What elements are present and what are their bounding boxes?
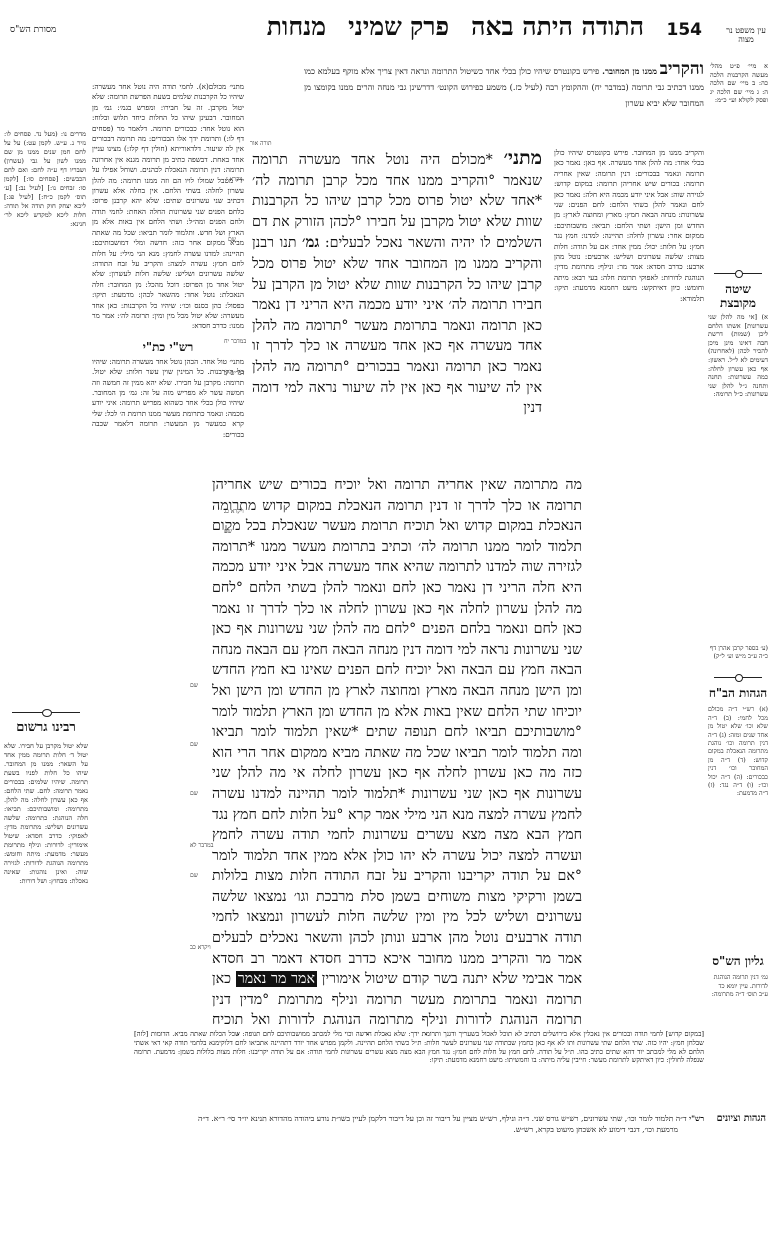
gemara-marker: גמ׳ <box>302 233 319 251</box>
ornament-divider <box>714 674 762 682</box>
margin-reference: שם <box>224 528 232 535</box>
gemara-text-1: תנו רבנן והקריב ממנו מן המחובר אחד שלא י… <box>252 235 542 416</box>
mishnah-marker: מתני׳ <box>504 148 542 169</box>
chapter-ordinal: שמיני <box>348 12 402 41</box>
rabbeinu-gershom: רבינו גרשום שלא יטול מקרבן על חבירו. שלא… <box>4 705 88 1085</box>
hagahot-habach: הגהות הב"ח (א) רש״י ד״ה מכולם מכל לחמי: … <box>708 670 768 890</box>
gilyon-text: גמ׳ דנין תרומה הנוהגת לדורות. עיין יומא … <box>708 974 768 999</box>
masoret-hashas-label: מסורת הש"ס <box>10 24 56 35</box>
footer-rashi-label: רש"י <box>689 1114 704 1123</box>
chapter-name: התודה היתה באה <box>471 12 644 41</box>
ein-mishpat-label: עין משפט נר מצוה <box>724 26 768 44</box>
margin-reference: שם <box>190 790 198 797</box>
rashi-column-text: מתני׳ מכולם(א). לחמי תודה היה נוטל אחד מ… <box>92 82 244 332</box>
rashi-lemma: ממנו מן המחובר. <box>602 66 657 76</box>
bach-heading: הגהות הב"ח <box>708 686 768 700</box>
gemara-wide-block: מה מתרומה שאין אחריה תרומה ואל יוכיח בכו… <box>212 475 582 1035</box>
dibur-hamatchil: והקריב <box>660 62 704 79</box>
shita-text: א) [אי מה להלן שני עשרונות] אשתו הלחם לי… <box>708 313 768 399</box>
bottom-commentary: [במקום קדוש] לחמי תודה ובכורים אין נאכלי… <box>134 1030 704 1100</box>
ornament-divider <box>12 709 79 717</box>
shita-heading: שיטה מקובצת <box>708 282 768 310</box>
margin-reference: שם <box>190 741 198 748</box>
gilyon-heading: גליון הש"ס <box>708 954 768 968</box>
tosafot-right-column: והקריב ממנו מן המחובר. פירש בקונטרס שיהי… <box>554 148 704 473</box>
footer-line-1: ד״ה תלמוד לומר וכו׳, שתי עשרונים, רש״ש ג… <box>198 1114 687 1123</box>
rashi-top-block: והקריב ממנו מן המחובר. פירש בקונטרס שיהי… <box>304 62 704 142</box>
masoret-hashas-column: מדרים נו: (מעל נד. פסחים לו: נזיר נ. ע״ש… <box>4 130 86 770</box>
reference-note: (ע׳ בספר קרבן אהרן דף כ״ה ע״ב מ״ש וע׳ ל״… <box>708 645 768 662</box>
page-number: 154 <box>667 20 703 40</box>
bach-text: (א) רש״י ד״ה מכולם מכל לחמי: (ב) ד״ה שלא… <box>708 706 768 798</box>
ein-mishpat-notes: א מיי׳ פ״ט מהל׳ מעשה הקרבנות הלכה כה: ב … <box>710 62 768 105</box>
selected-text-highlight[interactable]: אמר מר נאמר <box>236 971 317 987</box>
rashi-kh-heading: רש"י כת"י <box>92 340 244 354</box>
page-header: עין משפט נר מצוה 154 התודה היתה באהפרקשמ… <box>0 12 772 46</box>
margin-reference: שם <box>190 872 198 879</box>
margin-reference: במדבר לא <box>190 842 214 849</box>
rashi-kh-text: מתני׳ טול אחד. הכהן נוטל אחד מעשרה תרומה… <box>92 357 244 440</box>
rabbeinu-heading: רבינו גרשום <box>4 721 88 735</box>
talmud-page: עין משפט נר מצוה 154 התודה היתה באהפרקשמ… <box>0 0 772 1250</box>
margin-reference: ויקרא כב <box>190 944 211 951</box>
running-title: התודה היתה באהפרקשמינימנחות <box>245 12 644 42</box>
rabbeinu-text: שלא יטול מקרבן על חבירו. שלא יטול ד׳ חלו… <box>4 742 88 886</box>
margin-reference: שם <box>228 236 236 243</box>
margin-reference: תורה אור <box>250 140 272 147</box>
gilyon-hashas: גליון הש"ס גמ׳ דנין תרומה הנוהגת לדורות.… <box>708 950 768 1020</box>
gemara-narrow-block: מתני׳ *מכולם היה נוטל אחד מעשרה תרומה שנ… <box>252 148 542 473</box>
shita-mekubetzet: שיטה מקובצת א) [אי מה להלן שני עשרונות] … <box>708 266 768 466</box>
tosafot-right-text: והקריב ממנו מן המחובר. פירש בקונטרס שיהי… <box>554 148 704 304</box>
margin-reference: דברים יב <box>224 370 244 377</box>
gemara-text-2: מה מתרומה שאין אחריה תרומה ואל יוכיח בכו… <box>212 477 582 987</box>
ornament-divider <box>714 270 762 278</box>
masoret-text: מדרים נו: (מעל נד. פסחים לו: נזיר נ. ע״ש… <box>4 130 86 229</box>
margin-reference: ויקרא ז <box>226 176 242 183</box>
margin-reference: במדבר יח <box>224 338 246 345</box>
footer-title: הגהות וציונים <box>717 1113 766 1124</box>
tractate-name: מנחות <box>267 12 326 41</box>
chapter-label: פרק <box>410 12 449 41</box>
margin-reference: ויקרא כג <box>224 508 244 515</box>
mishnah-text: *מכולם היה נוטל אחד מעשרה תרומה שנאמר °ו… <box>252 152 542 251</box>
hagahot-vetziyunim: הגהות וציונים רש"י ד״ה תלמוד לומר וכו׳, … <box>6 1113 766 1135</box>
footer-line-2: מרמעת וכו׳, דגבי דימוע לא אשכחן מיעוט בק… <box>6 1124 766 1135</box>
margin-reference: שם <box>190 682 198 689</box>
